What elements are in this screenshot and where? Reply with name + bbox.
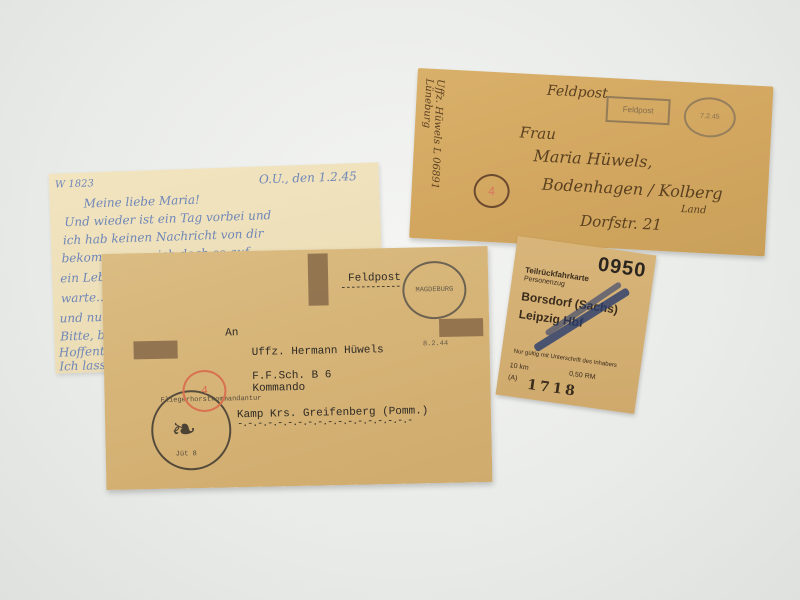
ticket-notes: Nur gültig mit Unterschrift des Inhabers: [513, 349, 633, 372]
envelope-front: Feldpost ------------ MAGDEBURG 8.2.44 A…: [102, 246, 493, 490]
underline-dashes: -.-.-.-.-.-.-.-.-.-.-.-.-.-.-.-.-.-: [237, 416, 412, 431]
feldpost-heading: Feldpost: [547, 83, 609, 102]
address-line: Land: [681, 204, 707, 216]
seal-bottom-text: Jüt 8: [176, 450, 197, 458]
underline-dashes: ------------: [340, 282, 400, 294]
eagle-icon: ❧: [171, 412, 197, 448]
ticket-serial: 1718: [526, 377, 579, 400]
letter-line: Meine liebe Maria!: [83, 193, 200, 211]
address-line: Maria Hüwels,: [533, 146, 653, 171]
addressee-prefix: An: [225, 327, 238, 339]
sender-margin-text: Uffz. Hüwels L 06891 Lüneburg: [415, 78, 445, 239]
ticket-number: 0950: [596, 254, 647, 284]
railway-ticket: 0950 Teilrückfahrkarte Personenzug Borsd…: [496, 236, 657, 414]
tape-strip: [133, 340, 177, 359]
letter-line: ich hab keinen Nachricht von dir: [63, 226, 264, 247]
address-line: Bodenhagen / Kolberg: [542, 175, 723, 203]
recipient-name: Uffz. Hermann Hüwels: [252, 344, 384, 359]
postmark-stamp: MAGDEBURG 8.2.44: [402, 260, 467, 319]
ticket-class-mark: (A): [508, 374, 518, 382]
letter-date: O.U., den 1.2.45: [259, 169, 357, 186]
address-line: Dorfstr. 21: [580, 212, 662, 234]
envelope-back: Uffz. Hüwels L 06891 Lüneburg Feldpost F…: [409, 68, 773, 256]
unit-line: F.F.Sch. B 6: [252, 369, 331, 383]
address-line: Frau: [519, 123, 556, 143]
meter-stamp: Feldpost: [605, 96, 670, 125]
ticket-price: 0,50 RM: [569, 371, 596, 382]
postmark-stamp: 7.2.45: [683, 96, 737, 139]
tape-strip: [308, 253, 329, 305]
letter-line: Und wieder ist ein Tag vorbei und: [64, 208, 271, 229]
letter-corner-note: W 1823: [55, 178, 94, 190]
letter-line: warte...: [61, 290, 108, 306]
unit-line: Kommando: [252, 382, 305, 395]
ticket-distance: 10 km: [509, 362, 529, 372]
circled-mark: 4: [473, 173, 511, 209]
